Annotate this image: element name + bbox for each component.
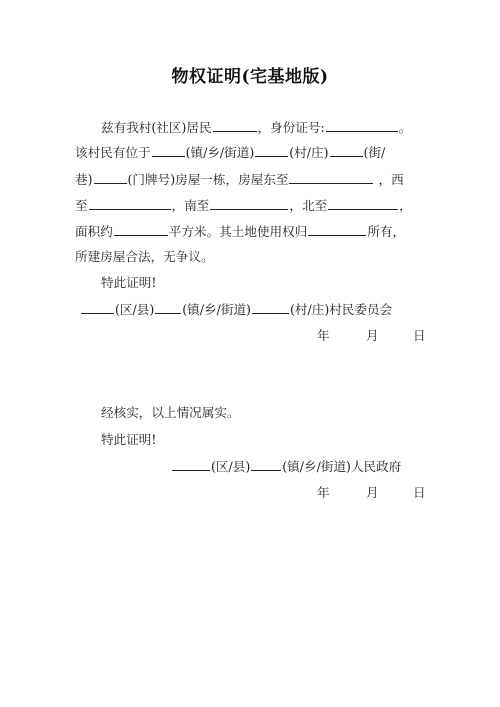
district-blank[interactable] [172, 457, 210, 471]
certify-statement: 特此证明! [101, 274, 453, 292]
date-year: 年 [317, 484, 330, 502]
document-title: 物权证明(宅基地版) [0, 62, 500, 87]
text-segment: (区/县) [211, 458, 250, 476]
village-blank[interactable] [252, 300, 289, 314]
text-segment: ，北至 [289, 197, 327, 215]
date-day: 日 [413, 484, 426, 502]
land-owner-blank[interactable] [308, 222, 366, 236]
village-committee-signature: (区/县)(镇/乡/街道)(村/庄)村民委员会 [80, 300, 427, 319]
text-segment: (镇/乡/街道)人民政府 [282, 458, 401, 476]
text-segment: (街/ [364, 144, 386, 162]
document-page: 物权证明(宅基地版) 兹有我村(社区)居民，身份证号:。 该村民有位于(镇/乡/… [0, 0, 500, 707]
text-segment: (门牌号)房屋一栋，房屋东至 [128, 171, 289, 189]
text-segment: (区/县) [115, 301, 154, 319]
paragraph-line-1: 兹有我村(社区)居民，身份证号:。 [101, 118, 427, 137]
text-segment: ，身份证号: [258, 119, 325, 137]
government-signature: (区/县)(镇/乡/街道)人民政府 [171, 457, 427, 476]
text-segment: ，西 [378, 171, 403, 189]
street-blank[interactable] [330, 143, 363, 157]
text-segment: 所有， [367, 223, 405, 241]
text-segment: 该村民有位于 [75, 144, 151, 162]
text-segment: 面积约 [75, 223, 113, 241]
area-blank[interactable] [114, 222, 168, 236]
date-year: 年 [317, 327, 330, 345]
text-segment: 兹有我村(社区)居民 [101, 119, 212, 137]
house-number-blank[interactable] [94, 170, 127, 184]
paragraph-line-2: 该村民有位于(镇/乡/街道)(村/庄)(街/ [75, 143, 427, 162]
district-blank[interactable] [81, 300, 114, 314]
text-segment: (村/庄)村民委员会 [290, 301, 392, 319]
paragraph-line-6: 所建房屋合法，无争议。 [75, 248, 427, 266]
west-boundary-blank[interactable] [89, 196, 171, 210]
date-day: 日 [413, 327, 426, 345]
id-number-blank[interactable] [326, 118, 398, 132]
text-segment: (镇/乡/街道) [186, 144, 255, 162]
date-month: 月 [366, 484, 379, 502]
date-month: 月 [366, 327, 379, 345]
verification-statement: 经核实，以上情况属实。 [101, 404, 453, 422]
town-blank[interactable] [152, 143, 185, 157]
text-segment: (村/庄) [289, 144, 328, 162]
paragraph-line-3: 巷)(门牌号)房屋一栋，房屋东至，西 [75, 170, 427, 189]
text-segment: 平方米。其土地使用权归 [169, 223, 308, 241]
resident-name-blank[interactable] [213, 118, 257, 132]
village-blank[interactable] [255, 143, 288, 157]
paragraph-line-5: 面积约平方米。其土地使用权归所有， [75, 222, 427, 241]
text-segment: 巷) [75, 171, 93, 189]
town-blank[interactable] [155, 300, 181, 314]
certify-statement-2: 特此证明! [101, 431, 453, 449]
text-segment: (镇/乡/街道) [182, 301, 251, 319]
text-segment: ，南至 [172, 197, 210, 215]
paragraph-line-4: 至，南至，北至， [75, 196, 427, 215]
text-segment: ， [399, 197, 412, 215]
north-boundary-blank[interactable] [328, 196, 398, 210]
text-segment: 至 [75, 197, 88, 215]
east-boundary-blank[interactable] [289, 170, 373, 184]
text-segment: 。 [399, 119, 412, 137]
town-blank[interactable] [251, 457, 281, 471]
south-boundary-blank[interactable] [210, 196, 288, 210]
